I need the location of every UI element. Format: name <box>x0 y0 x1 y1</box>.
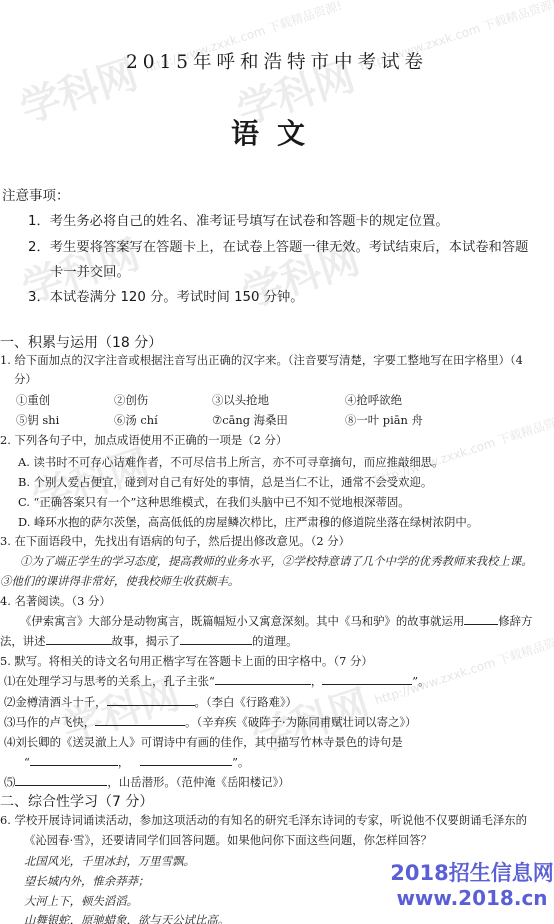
watermark-url: http://www.zxxk.com 下载精品资源! <box>372 629 554 709</box>
q1-option: ④抢呼欲绝 <box>345 392 402 408</box>
q5-blank[interactable] <box>95 714 185 726</box>
q4-blank-3[interactable] <box>180 633 252 645</box>
poem-line: 山舞银蛇，原驰蜡象，欲与天公试比高。 <box>24 912 229 924</box>
q3-passage: ①为了端正学生的学习态度，提高教师的业务水平，②学校特意请了几个中学的优秀教师来… <box>20 553 533 569</box>
q5-text: ⑵金樽清酒斗十千， <box>4 695 107 709</box>
note-item-2: 2．考生要将答案写在答题卡上，在试卷上答题一律无效。考试结束后，本试卷和答题 <box>28 236 528 255</box>
q5-text: ⑴在处理学习与思考的关系上，孔子主张“ <box>4 674 215 688</box>
q4-text: 修辞方 <box>498 614 532 628</box>
q6-stem-cont: 《沁园春·雪》，还要请同学们回答问题。如果他问你下面这些问题，你怎样回答？ <box>24 832 432 848</box>
q5-text: ”。 <box>412 674 429 688</box>
q5-blank[interactable] <box>107 694 195 706</box>
q5-text: ⑶马作的卢飞快， <box>4 715 95 729</box>
q3-passage-cont: ③他们的课讲得非常好，使我校师生收获颇丰。 <box>0 573 239 589</box>
q5-stem: 5. 默写。将相关的诗文名句用正楷字写在答题卡上面的田字格中。（7 分） <box>0 653 373 669</box>
note-item-1: 1．考生务必将自己的姓名、准考证号填写在试卷和答题卡的规定位置。 <box>28 210 449 229</box>
q1-stem-cont: 分） <box>14 371 37 387</box>
q4-blank-1[interactable] <box>464 613 498 625</box>
q5-text: ⑸ <box>4 775 15 789</box>
q2-option-b: B. 个别人爱占便宜，碰到对自己有好处的事情，总是当仁不让，通常不会受欢迎。 <box>18 474 432 490</box>
q2-stem: 2. 下列各句子中，加点成语使用不正确的一项是（2 分） <box>0 432 287 448</box>
subject-title: 语文 <box>0 112 554 152</box>
q5-blank[interactable] <box>140 754 232 766</box>
q1-option: ⑦cāng 海桑田 <box>212 412 288 428</box>
logo-2018-url: www.2018.cn <box>390 886 554 910</box>
q1-option: ⑥汤 chí <box>114 412 158 428</box>
q1-option: ③以头抢地 <box>212 392 269 408</box>
q1-option: ⑤钥 shi <box>16 412 59 428</box>
q5-text: 。（辛弃疾《破阵子·为陈同甫赋壮词以寄之》） <box>185 715 416 729</box>
q1-option: ②创伤 <box>114 392 148 408</box>
q5-blank[interactable] <box>30 754 118 766</box>
q5-text: ， <box>311 674 322 688</box>
q4-line-1: 《伊索寓言》大部分是动物寓言，既篇幅短小又寓意深刻。其中《马和驴》的故事就运用修… <box>20 613 532 629</box>
q4-text: 的道理。 <box>252 634 298 648</box>
q5-item-3: ⑶马作的卢飞快，。（辛弃疾《破阵子·为陈同甫赋壮词以寄之》） <box>4 714 417 730</box>
q1-stem: 1. 给下面加点的汉字注音或根据注音写出正确的汉字来。（注音要写清楚，字要工整地… <box>0 352 523 368</box>
q5-item-4-cont: “， ”。 <box>24 754 249 770</box>
q4-stem: 4. 名著阅读。（3 分） <box>0 593 111 609</box>
notes-heading: 注意事项： <box>2 184 70 204</box>
q2-option-c: C. “正确答案只有一个”这种思维模式，在我们头脑中已不知不觉地根深蒂固。 <box>18 494 410 510</box>
q4-text: 法，讲述 <box>0 634 46 648</box>
logo-2018-title: 2018招生信息网 <box>390 857 554 887</box>
q5-text: ，山岳潜形。（范仲淹《岳阳楼记》） <box>107 775 289 789</box>
note-item-3: 3．本试卷满分 120 分。考试时间 150 分钟。 <box>28 286 304 305</box>
section-2-heading: 二、综合性学习（7 分） <box>0 791 153 811</box>
q4-text: 《伊索寓言》大部分是动物寓言，既篇幅短小又寓意深刻。其中《马和驴》的故事就运用 <box>20 614 464 628</box>
q5-blank[interactable] <box>215 673 311 685</box>
q5-text: 。（李白《行路难》） <box>195 695 298 709</box>
q3-stem: 3. 在下面语段中，先找出有语病的句子，然后提出修改意见。（2 分） <box>0 533 350 549</box>
q5-text: ”。 <box>232 755 249 769</box>
q5-item-4: ⑷刘长卿的《送灵澈上人》可谓诗中有画的佳作，其中描写竹林寺景色的诗句是 <box>4 734 403 750</box>
q4-text: 故事，揭示了 <box>112 634 180 648</box>
q4-blank-2[interactable] <box>46 633 112 645</box>
q1-option: ⑧一叶 piān 舟 <box>345 412 423 428</box>
q5-item-5: ⑸，山岳潜形。（范仲淹《岳阳楼记》） <box>4 774 290 790</box>
q5-blank[interactable] <box>322 673 412 685</box>
poem-line: 望长城内外，惟余莽莽； <box>24 873 149 889</box>
q2-option-d: D. 峰环水抱的萨尔茨堡，高高低低的房屋鳞次栉比，庄严肃穆的修道院坐落在绿树浓阴… <box>18 514 478 530</box>
q4-line-2: 法，讲述故事，揭示了的道理。 <box>0 633 298 649</box>
q2-option-a: A. 读书时不可存心诘难作者，不可尽信书上所言，亦不可寻章摘句，而应推敲细思。 <box>18 454 444 470</box>
exam-title: 2015年呼和浩特市中考试卷 <box>0 48 554 74</box>
q5-blank[interactable] <box>15 774 107 786</box>
q5-text: ， <box>118 755 129 769</box>
q5-item-2: ⑵金樽清酒斗十千，。（李白《行路难》） <box>4 694 297 710</box>
q1-option: ①重创 <box>16 392 50 408</box>
q6-stem: 6. 学校开展诗词诵读活动，参加这项活动的有知名的研究毛泽东诗词的专家，听说他不… <box>0 812 527 828</box>
poem-line: 大河上下，顿失滔滔。 <box>24 893 138 909</box>
note-item-2-cont: 卡一并交回。 <box>50 261 130 280</box>
poem-line: 北国风光，千里冰封，万里雪飘。 <box>24 853 195 869</box>
q5-item-1: ⑴在处理学习与思考的关系上，孔子主张“，”。 <box>4 673 429 689</box>
section-1-heading: 一、积累与运用（18 分） <box>0 332 162 352</box>
